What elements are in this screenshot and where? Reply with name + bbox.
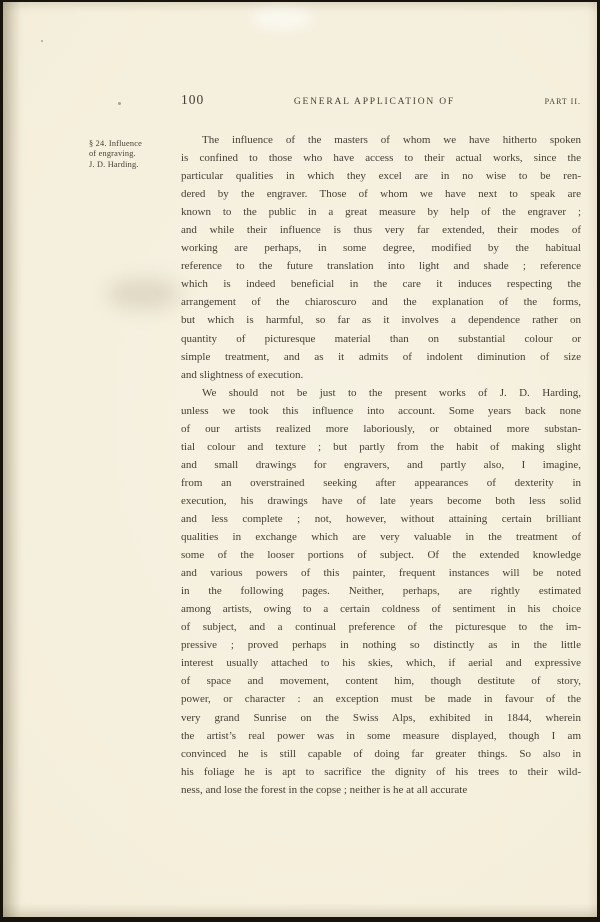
text-line: quantity of picturesque material than on… — [181, 330, 581, 348]
page-header: 100 GENERAL APPLICATION OF PART II. — [181, 92, 581, 108]
scan-glare — [251, 8, 313, 30]
text-line: tial colour and texture ; but partly fro… — [181, 438, 581, 456]
text-line: but which is harmful, so far as it invol… — [181, 311, 581, 329]
text-line: reference to the future translation into… — [181, 257, 581, 275]
scan-speck — [118, 102, 121, 105]
margin-note-line: J. D. Harding. — [89, 160, 181, 170]
margin-note-line: of engraving. — [89, 149, 181, 159]
text-line: the artist’s real power was in some meas… — [181, 727, 581, 745]
paragraph: We should not be just to the present wor… — [181, 384, 581, 799]
text-line: which is indeed beneficial in the care i… — [181, 275, 581, 293]
text-line: in the following pages. Neither, perhaps… — [181, 582, 581, 600]
paragraph: The influence of the masters of whom we … — [181, 131, 581, 384]
text-line: and while their influence is thus very f… — [181, 221, 581, 239]
text-line: unless we took this influence into accou… — [181, 402, 581, 420]
text-line: convinced he is still capable of doing f… — [181, 745, 581, 763]
margin-note: § 24. Influenceof engraving.J. D. Hardin… — [89, 139, 181, 170]
text-line: and small drawings for engravers, and pa… — [181, 456, 581, 474]
text-line: power, or character : an exception must … — [181, 690, 581, 708]
part-label: PART II. — [545, 97, 581, 106]
margin-note-line: § 24. Influence — [89, 139, 181, 149]
text-line: and less complete ; not, however, withou… — [181, 510, 581, 528]
text-line: is confined to those who have access to … — [181, 149, 581, 167]
text-line: from an overstrained seeking after appea… — [181, 474, 581, 492]
text-line: of subject, and a continual preference o… — [181, 618, 581, 636]
text-line: The influence of the masters of whom we … — [181, 131, 581, 149]
text-line: qualities in exchange which are very val… — [181, 528, 581, 546]
scan-speck — [41, 40, 43, 42]
text-line: known to the public in a great measure b… — [181, 203, 581, 221]
text-line: and slightness of execution. — [181, 366, 581, 384]
text-line: simple treatment, and as it admits of in… — [181, 348, 581, 366]
text-line: interest usually attached to his skies, … — [181, 654, 581, 672]
text-line: execution, his drawings have of late yea… — [181, 492, 581, 510]
text-line: ness, and lose the forest in the copse ;… — [181, 781, 581, 799]
text-line: his foliage he is apt to sacrifice the d… — [181, 763, 581, 781]
text-line: among artists, owing to a certain coldne… — [181, 600, 581, 618]
text-line: We should not be just to the present wor… — [181, 384, 581, 402]
text-block: The influence of the masters of whom we … — [181, 131, 581, 799]
text-line: some of the looser portions of subject. … — [181, 546, 581, 564]
text-line: of space and movement, content him, thou… — [181, 672, 581, 690]
text-line: particular qualities in which they excel… — [181, 167, 581, 185]
text-line: and various powers of this painter, freq… — [181, 564, 581, 582]
text-line: arrangement of the chiaroscuro and the e… — [181, 293, 581, 311]
book-page: 100 GENERAL APPLICATION OF PART II. § 24… — [0, 0, 600, 922]
text-line: of our artists realized more laboriously… — [181, 420, 581, 438]
text-line: pressive ; proved perhaps in nothing so … — [181, 636, 581, 654]
running-title: GENERAL APPLICATION OF — [294, 97, 455, 107]
text-line: dered by the engraver. Those of whom we … — [181, 185, 581, 203]
text-line: working are perhaps, in some degree, mod… — [181, 239, 581, 257]
text-line: very grand Sunrise on the Swiss Alps, ex… — [181, 709, 581, 727]
scan-smudge — [106, 278, 180, 310]
page-number: 100 — [181, 92, 204, 108]
